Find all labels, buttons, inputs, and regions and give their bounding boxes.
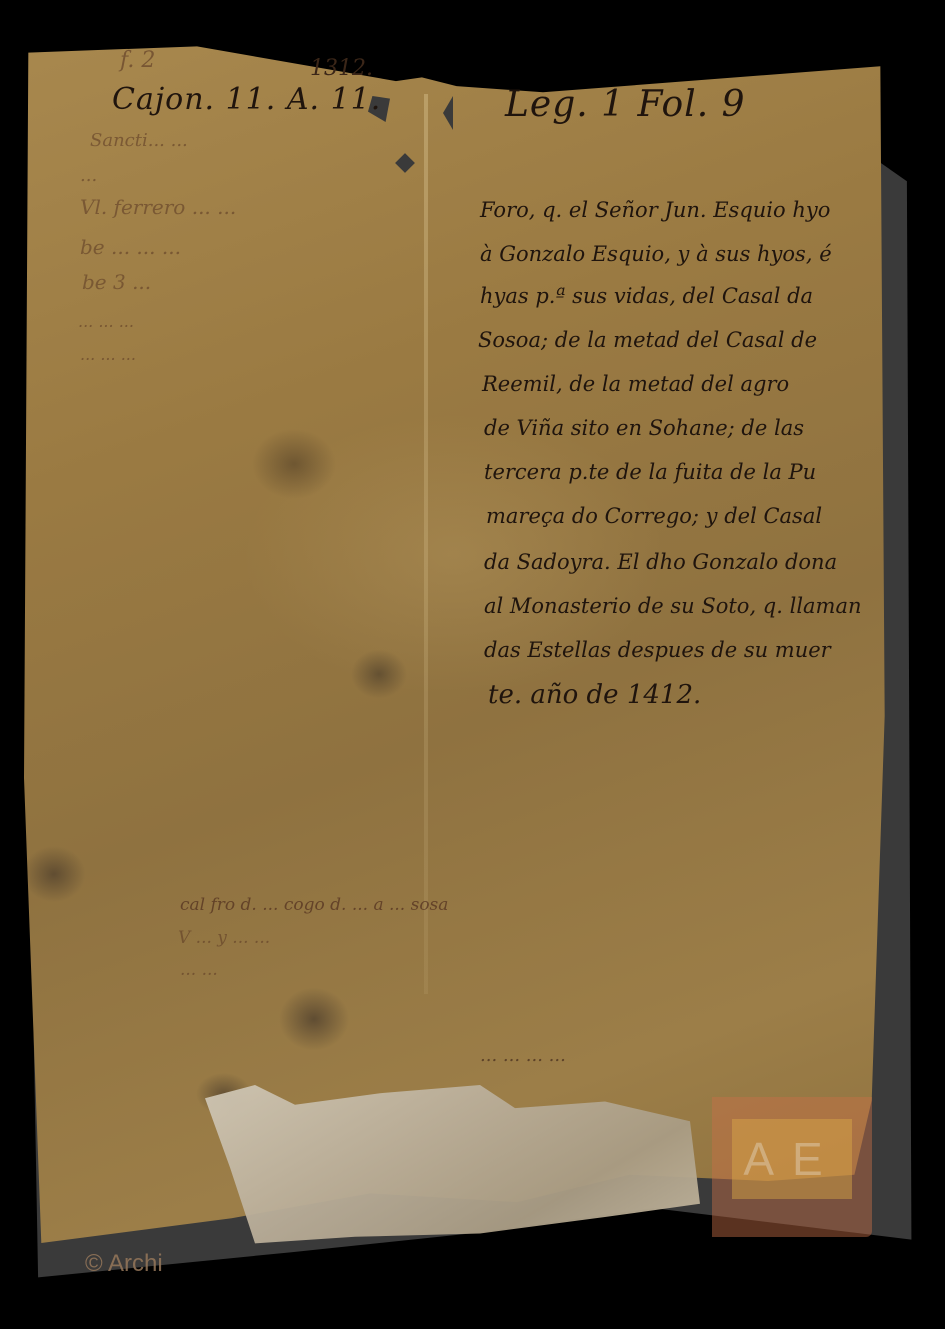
text-line: tercera p.te de la fuita de la Pu	[484, 460, 816, 484]
left-reference: Cajon. 11. A. 11.	[112, 82, 381, 117]
text-line: hyas p.ª sus vidas, del Casal da	[480, 284, 813, 308]
text-line: al Monasterio de su Soto, q. llaman	[484, 594, 862, 618]
faded-line: Vl. ferrero ... ...	[80, 195, 236, 219]
fold-crease	[424, 94, 428, 994]
faded-line: be 3 ...	[82, 270, 151, 294]
faded-line: cal fro d. ... cogo d. ... a ... sosa	[180, 895, 448, 915]
faded-line: V ... y ... ...	[178, 928, 270, 948]
text-line: Reemil, de la metad del agro	[482, 372, 789, 396]
text-line: Sosoa; de la metad del Casal de	[478, 328, 817, 352]
copyright-watermark: © Archi	[85, 1250, 163, 1278]
bottom-faded-note: ... ... ... ...	[480, 1045, 566, 1066]
repair-patch	[205, 1085, 705, 1250]
archive-stamp-text: AE	[732, 1119, 852, 1199]
text-line: à Gonzalo Esquio, y à sus hyos, é	[480, 242, 832, 266]
faded-line: be ... ... ...	[80, 235, 181, 259]
top-number: 1312.	[310, 56, 373, 81]
top-mark: f. 2	[120, 48, 155, 73]
faded-line: ... ...	[180, 960, 218, 980]
text-line: mareça do Corrego; y del Casal	[486, 504, 822, 528]
faded-line: ...	[80, 165, 97, 186]
text-line-date: te. año de 1412.	[488, 680, 701, 710]
faded-line: Sancti... ...	[90, 130, 188, 151]
text-line: de Viña sito en Sohane; de las	[484, 416, 804, 440]
faded-line: ... ... ...	[80, 345, 136, 364]
text-line: das Estellas despues de su muer	[484, 638, 831, 662]
text-line: Foro, q. el Señor Jun. Esquio hyo	[480, 198, 830, 222]
faded-line: ... ... ...	[78, 312, 134, 331]
right-reference: Leg. 1 Fol. 9	[505, 84, 745, 125]
archive-stamp: AE	[712, 1097, 872, 1237]
text-line: da Sadoyra. El dho Gonzalo dona	[484, 550, 837, 574]
